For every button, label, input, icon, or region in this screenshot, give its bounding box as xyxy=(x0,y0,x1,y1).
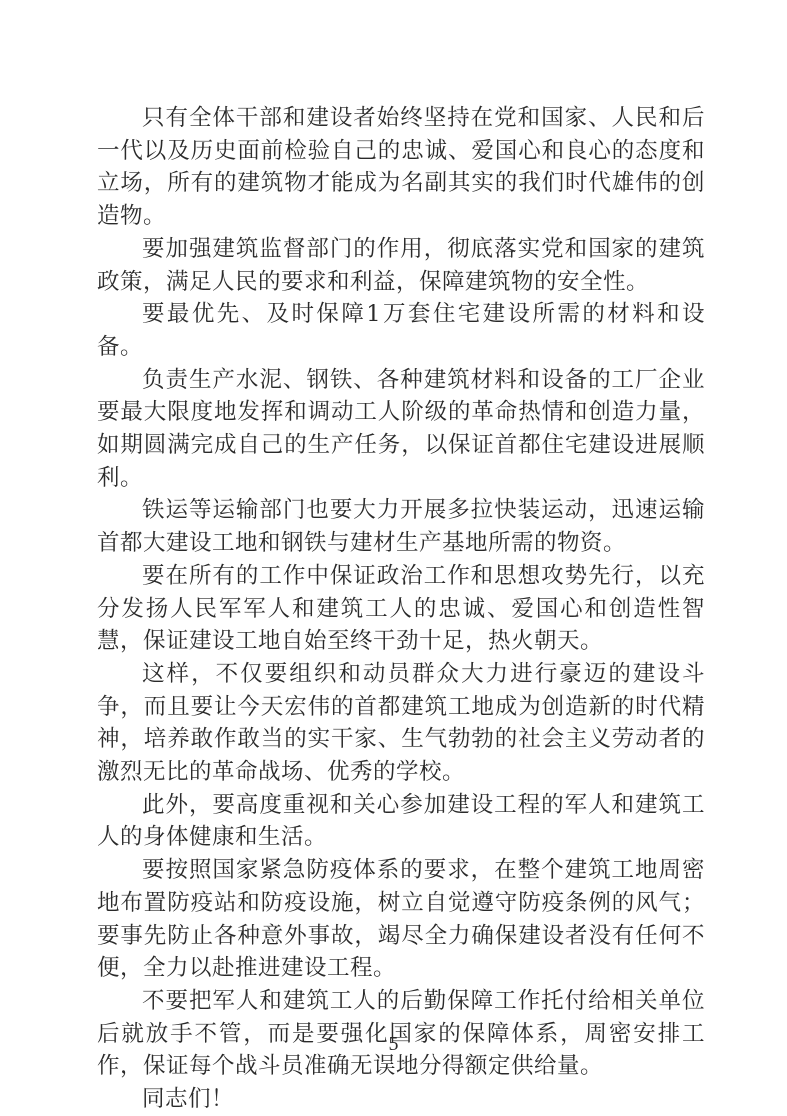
paragraph: 要加强建筑监督部门的作用，彻底落实党和国家的建筑政策，满足人民的要求和利益，保障… xyxy=(97,233,705,298)
paragraph: 只有全体干部和建设者始终坚持在党和国家、人民和后一代以及历史面前检验自己的忠诚、… xyxy=(97,102,705,233)
page-number: 5 xyxy=(0,1033,787,1056)
paragraph: 负责生产水泥、钢铁、各种建筑材料和设备的工厂企业要最大限度地发挥和调动工人阶级的… xyxy=(97,364,705,495)
paragraph: 这样，不仅要组织和动员群众大力进行豪迈的建设斗争，而且要让今天宏伟的首都建筑工地… xyxy=(97,658,705,789)
paragraph: 此外，要高度重视和关心参加建设工程的军人和建筑工人的身体健康和生活。 xyxy=(97,789,705,854)
paragraph: 要最优先、及时保障1万套住宅建设所需的材料和设备。 xyxy=(97,298,705,363)
paragraph: 同志们！ xyxy=(97,1083,705,1116)
paragraph: 要在所有的工作中保证政治工作和思想攻势先行，以充分发扬人民军军人和建筑工人的忠诚… xyxy=(97,560,705,658)
paragraph: 要按照国家紧急防疫体系的要求，在整个建筑工地周密地布置防疫站和防疫设施，树立自觉… xyxy=(97,854,705,985)
paragraph: 铁运等运输部门也要大力开展多拉快装运动，迅速运输首都大建设工地和钢铁与建材生产基… xyxy=(97,494,705,559)
document-body: 只有全体干部和建设者始终坚持在党和国家、人民和后一代以及历史面前检验自己的忠诚、… xyxy=(97,102,705,1116)
